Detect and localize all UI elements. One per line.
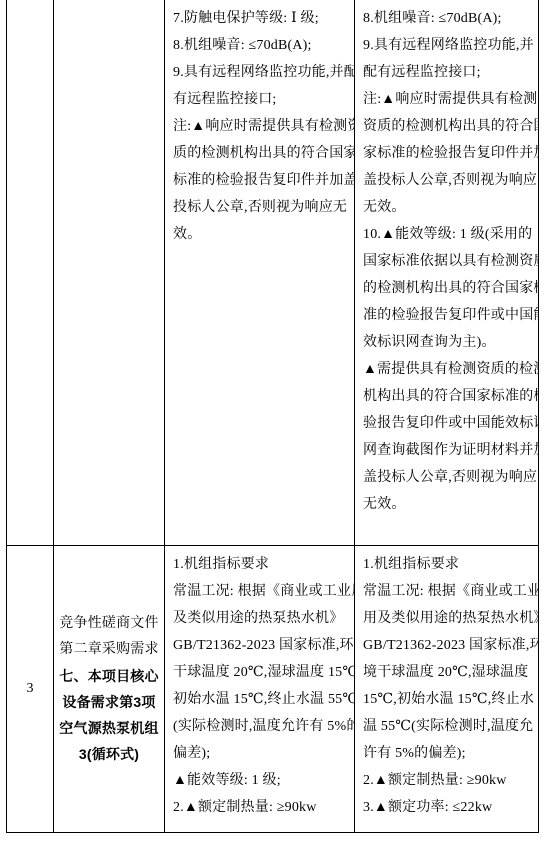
text-line: 10.▲能效等级: 1 级(采用的	[363, 221, 534, 248]
table-row-item-3: 3 竞争性磋商文件第二章采购需求七、本项目核心设备需求第3项空气源热泵机组3(循…	[6, 546, 539, 833]
cell-spec-column-a: 7.防触电保护等级: Ⅰ 级;8.机组噪音: ≤70dB(A);9.具有远程网络…	[164, 0, 354, 546]
text-line: 用及类似用途的热泵热水机》	[363, 605, 534, 632]
text-line: 常温工况: 根据《商业或工业	[363, 578, 534, 605]
text-line: 标准的检验报告复印件并加盖	[173, 167, 350, 194]
text-line: 常温工况: 根据《商业或工业用	[173, 578, 350, 605]
text-line: 无效。	[363, 491, 534, 518]
text-line: 1.机组指标要求	[363, 551, 534, 578]
text-line: ▲能效等级: 1 级;	[173, 767, 350, 794]
text-line: 8.机组噪音: ≤70dB(A);	[173, 32, 350, 59]
text-line: 投标人公章,否则视为响应无	[173, 194, 350, 221]
text-line: (实际检测时,温度允许有 5%的	[173, 713, 350, 740]
text-line: 七、本项目核心	[59, 663, 158, 689]
text-line: 的检测机构出具的符合国家标	[363, 275, 534, 302]
cell-spec-column-b: 8.机组噪音: ≤70dB(A);9.具有远程网络监控功能,并配有远程监控接口;…	[354, 0, 539, 546]
text-line: 3.▲额定功率: ≤22kw	[363, 794, 534, 821]
text-line: 初始水温 15℃,终止水温 55℃	[173, 686, 350, 713]
text-line: 效。	[173, 221, 350, 248]
text-line: 效标识网查询为主)。	[363, 329, 534, 356]
text-line: 机构出具的符合国家标准的检	[363, 383, 534, 410]
text-line: 2.▲额定制热量: ≥90kw	[363, 767, 534, 794]
text-line: 盖投标人公章,否则视为响应	[363, 464, 534, 491]
document-page: 7.防触电保护等级: Ⅰ 级;8.机组噪音: ≤70dB(A);9.具有远程网络…	[0, 0, 544, 841]
text-line: GB/T21362-2023 国家标准,环	[363, 632, 534, 659]
cell-source-empty	[53, 0, 164, 546]
cell-spec-column-b: 1.机组指标要求常温工况: 根据《商业或工业用及类似用途的热泵热水机》GB/T2…	[354, 546, 539, 833]
text-line: 7.防触电保护等级: Ⅰ 级;	[173, 5, 350, 32]
text-line: 注:▲响应时需提供具有检测资	[173, 113, 350, 140]
text-line: 境干球温度 20℃,湿球温度	[363, 659, 534, 686]
text-line: 15℃,初始水温 15℃,终止水	[363, 686, 534, 713]
text-line: 9.具有远程网络监控功能,并	[363, 32, 534, 59]
text-line: 偏差);	[173, 740, 350, 767]
text-line: 有远程监控接口;	[173, 86, 350, 113]
cell-seq-number: 3	[6, 546, 53, 833]
text-line: 盖投标人公章,否则视为响应	[363, 167, 534, 194]
text-line: 设备需求第3项	[62, 689, 155, 715]
cell-spec-column-a: 1.机组指标要求常温工况: 根据《商业或工业用及类似用途的热泵热水机》GB/T2…	[164, 546, 354, 833]
text-line: 1.机组指标要求	[173, 551, 350, 578]
text-line: 温 55℃(实际检测时,温度允	[363, 713, 534, 740]
text-line: 国家标准依据以具有检测资质	[363, 248, 534, 275]
text-line: 2.▲额定制热量: ≥90kw	[173, 794, 350, 821]
text-line: 无效。	[363, 194, 534, 221]
text-line: 准的检验报告复印件或中国能	[363, 302, 534, 329]
cell-source-reference: 竞争性磋商文件第二章采购需求七、本项目核心设备需求第3项空气源热泵机组3(循环式…	[53, 546, 164, 833]
text-line: 质的检测机构出具的符合国家	[173, 140, 350, 167]
text-line: 许有 5%的偏差);	[363, 740, 534, 767]
text-line: 注:▲响应时需提供具有检测	[363, 86, 534, 113]
text-line: 及类似用途的热泵热水机》	[173, 605, 350, 632]
text-line: 8.机组噪音: ≤70dB(A);	[363, 5, 534, 32]
text-line: 资质的检测机构出具的符合国	[363, 113, 534, 140]
text-line: 配有远程监控接口;	[363, 59, 534, 86]
table-row-continued: 7.防触电保护等级: Ⅰ 级;8.机组噪音: ≤70dB(A);9.具有远程网络…	[6, 0, 539, 546]
text-line: 9.具有远程网络监控功能,并配	[173, 59, 350, 86]
text-line: 3(循环式)	[79, 741, 139, 767]
text-line: 家标准的检验报告复印件并加	[363, 140, 534, 167]
text-line: 竞争性磋商文件	[59, 611, 158, 637]
text-line: 空气源热泵机组	[59, 715, 158, 741]
text-line: 验报告复印件或中国能效标识	[363, 410, 534, 437]
text-line: 第二章采购需求	[59, 637, 158, 663]
text-line: 网查询截图作为证明材料并加	[363, 437, 534, 464]
text-line: GB/T21362-2023 国家标准,环境	[173, 632, 350, 659]
procurement-requirements-table: 7.防触电保护等级: Ⅰ 级;8.机组噪音: ≤70dB(A);9.具有远程网络…	[6, 0, 539, 833]
cell-seq-empty	[6, 0, 53, 546]
text-line: ▲需提供具有检测资质的检测	[363, 356, 534, 383]
text-line: 干球温度 20℃,湿球温度 15℃,	[173, 659, 350, 686]
